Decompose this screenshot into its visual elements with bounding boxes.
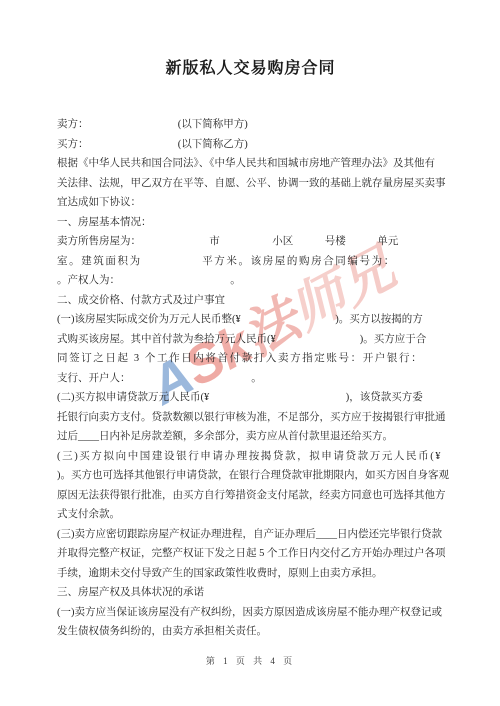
contract-line: 卖方所售房屋为： 市 小区 号楼 单元 [57, 232, 444, 252]
contract-line: 支行、开户人： 。 [57, 369, 444, 389]
contract-line: (一)该房屋实际成交价为万元人民币整(¥ )。买方以按揭的方 [57, 310, 444, 330]
document-title: 新版私人交易购房合同 [57, 55, 444, 78]
contract-line: )。买方也可选择其他银行申请贷款，在银行合理贷款审批期限内，如买方因自身客观 [57, 466, 444, 486]
contract-line: 托银行向卖方支付。贷款数额以银行审核为准，不足部分，买方应于按揭银行审批通 [57, 408, 444, 428]
contract-line: 原因无法获得银行批准，由买方自行筹措资金支付尾款，经卖方同意也可选择其他方 [57, 486, 444, 506]
contract-line: 并取得完整产权证，完整产权证下发之日起 5 个工作日内交付乙方开始办理过户各项 [57, 544, 444, 564]
contract-line: 同签订之日起 3 个工作日内将首付款打入卖方指定账号：开户银行： [57, 349, 444, 369]
contract-line: (三)买方拟向中国建设银行申请办理按揭贷款，拟申请贷款万元人民币(¥ [57, 447, 444, 467]
contract-line: 二、成交价格、付款方式及过户事宜 [57, 291, 444, 311]
contract-line: 发生债权债务纠纷的，由卖方承担相关责任。 [57, 622, 444, 642]
contract-line: (三)卖方应密切跟踪房屋产权证办理进程，自产证办理后____日内偿还完毕银行贷款 [57, 525, 444, 545]
contract-line: (二)买方拟申请贷款万元人民币(¥ )，该贷款买方委 [57, 388, 444, 408]
contract-line: 关法律、法规，甲乙双方在平等、自愿、公平、协调一致的基础上就存量房屋买卖事 [57, 174, 444, 194]
contract-line: 一、房屋基本情况： [57, 213, 444, 233]
contract-line: 手续，逾期未交付导致产生的国家政策性收费时，原则上由卖方承担。 [57, 564, 444, 584]
contract-line: 式购买该房屋。其中首付款为叁拾万元人民币(¥ )。买方应于合 [57, 330, 444, 350]
contract-line: 过后____日内补足房款差额，多余部分，卖方应从首付款里退还给买方。 [57, 427, 444, 447]
contract-line: 室。建筑面积为 平方米。该房屋的购房合同编号为： [57, 252, 444, 272]
contract-line: 式支付余款。 [57, 505, 444, 525]
document-content: 新版私人交易购房合同 卖方： (以下简称甲方)买方： (以下简称乙方)根据《中华… [57, 55, 444, 667]
contract-body-text: 卖方： (以下简称甲方)买方： (以下简称乙方)根据《中华人民共和国合同法》、《… [57, 115, 444, 642]
contract-line: 。产权人为： 。 [57, 271, 444, 291]
contract-line: (一)卖方应当保证该房屋没有产权纠纷，因卖方原因造成该房屋不能办理产权登记或 [57, 603, 444, 623]
contract-line: 卖方： (以下简称甲方) [57, 115, 444, 135]
page-number-footer: 第 1 页 共 4 页 [57, 654, 444, 667]
contract-document-page: ASk法师兄 新版私人交易购房合同 卖方： (以下简称甲方)买方： (以下简称乙… [0, 0, 500, 706]
contract-line: 宜达成如下协议： [57, 193, 444, 213]
contract-line: 根据《中华人民共和国合同法》、《中华人民共和国城市房地产管理办法》及其他有 [57, 154, 444, 174]
contract-line: 三、房屋产权及具体状况的承诺 [57, 583, 444, 603]
contract-line: 买方： (以下简称乙方) [57, 135, 444, 155]
